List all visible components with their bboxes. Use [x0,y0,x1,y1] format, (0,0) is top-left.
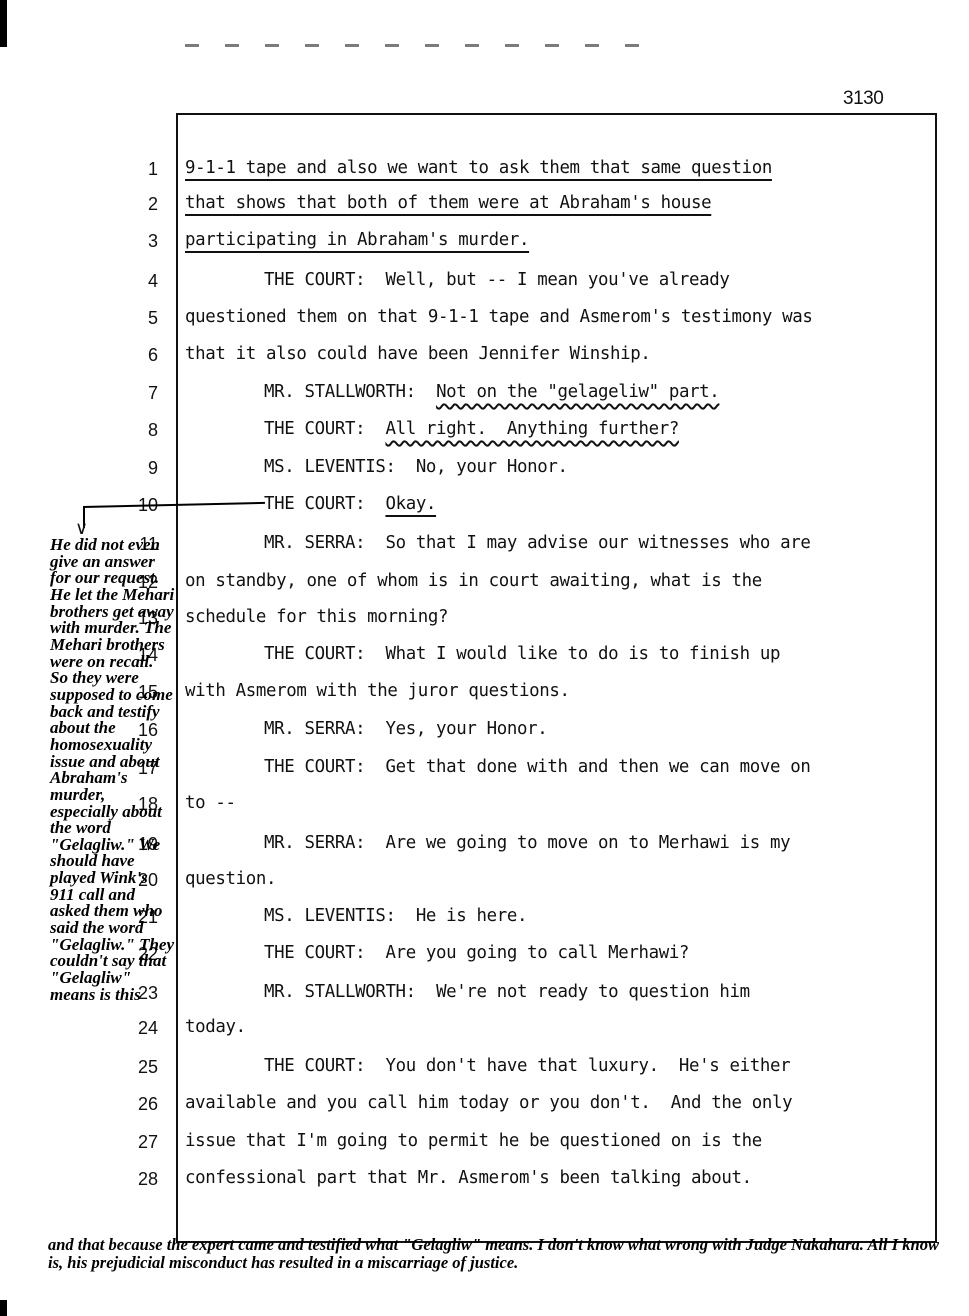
transcript-line: participating in Abraham's murder. [185,230,529,250]
transcript-line: questioned them on that 9-1-1 tape and A… [185,307,812,327]
handwritten-footer-note: and that because the expert came and tes… [48,1236,948,1272]
transcript-line: MR. SERRA: So that I may advise our witn… [264,533,811,553]
line-text: Yes, your Honor. [385,719,547,739]
transcript-line: THE COURT: All right. Anything further? [264,419,679,439]
transcript-line: THE COURT: You don't have that luxury. H… [264,1056,790,1076]
line-text: So that I may advise our witnesses who a… [385,533,810,553]
transcript-line: issue that I'm going to permit he be que… [185,1131,762,1151]
line-text: today. [185,1017,246,1037]
line-text: question. [185,869,276,889]
header-artifact [185,44,655,47]
speaker-label: MS. LEVENTIS: [264,906,396,926]
transcript-line: that it also could have been Jennifer Wi… [185,344,651,364]
line-number: 25 [120,1057,158,1078]
page-number: 3130 [843,88,883,110]
transcript-line: 9-1-1 tape and also we want to ask them … [185,158,772,178]
line-text: on standby, one of whom is in court awai… [185,571,762,591]
line-number: 2 [120,194,158,215]
speaker-label: MR. SERRA: [264,533,365,553]
transcript-line: today. [185,1017,246,1037]
speaker-label: MR. SERRA: [264,719,365,739]
line-text: participating in Abraham's murder. [185,230,529,250]
transcript-line: question. [185,869,276,889]
line-text: Are you going to call Merhawi? [385,943,689,963]
line-text: that it also could have been Jennifer Wi… [185,344,651,364]
line-text: Get that done with and then we can move … [385,757,810,777]
line-number: 5 [120,308,158,329]
speaker-label: THE COURT: [264,419,365,439]
transcript-line: THE COURT: Are you going to call Merhawi… [264,943,689,963]
transcript-line: MR. STALLWORTH: We're not ready to quest… [264,982,750,1002]
line-text: with Asmerom with the juror questions. [185,681,570,701]
transcript-line: THE COURT: Get that done with and then w… [264,757,811,777]
line-number: 6 [120,345,158,366]
line-number: 27 [120,1132,158,1153]
scan-edge-mark [0,1300,7,1316]
transcript-line: on standby, one of whom is in court awai… [185,571,762,591]
transcript-line: MS. LEVENTIS: No, your Honor. [264,457,568,477]
transcript-line: that shows that both of them were at Abr… [185,193,711,213]
line-text: You don't have that luxury. He's either [385,1056,790,1076]
line-text: No, your Honor. [416,457,568,477]
line-text: He is here. [416,906,527,926]
transcript-line: MR. SERRA: Are we going to move on to Me… [264,833,790,853]
speaker-label: THE COURT: [264,1056,365,1076]
line-number: 7 [120,383,158,404]
transcript-line: available and you call him today or you … [185,1093,792,1113]
speaker-label: MS. LEVENTIS: [264,457,396,477]
transcript-line: THE COURT: Well, but -- I mean you've al… [264,270,730,290]
line-number: 4 [120,271,158,292]
speaker-label: THE COURT: [264,943,365,963]
line-text: What I would like to do is to finish up [385,644,780,664]
line-text: Okay. [385,494,436,514]
line-text: All right. Anything further? [385,419,678,439]
line-number: 9 [120,458,158,479]
line-text: to -- [185,793,236,813]
line-text: confessional part that Mr. Asmerom's bee… [185,1168,752,1188]
speaker-label: MR. SERRA: [264,833,365,853]
transcript-line: with Asmerom with the juror questions. [185,681,570,701]
scan-edge-mark [0,0,7,47]
transcript-line: confessional part that Mr. Asmerom's bee… [185,1168,752,1188]
line-text: Well, but -- I mean you've already [385,270,729,290]
speaker-label: MR. STALLWORTH: [264,982,416,1002]
line-text: Are we going to move on to Merhawi is my [385,833,790,853]
speaker-label: THE COURT: [264,270,365,290]
line-text: 9-1-1 tape and also we want to ask them … [185,158,772,178]
line-text: questioned them on that 9-1-1 tape and A… [185,307,812,327]
transcript-line: MR. STALLWORTH: Not on the "gelageliw" p… [264,382,719,402]
line-number: 28 [120,1169,158,1190]
transcript-line: THE COURT: What I would like to do is to… [264,644,780,664]
handwritten-margin-note: He did not even give an answer for our r… [50,537,175,1003]
transcript-line: to -- [185,793,236,813]
line-text: Not on the "gelageliw" part. [436,382,719,402]
speaker-label: THE COURT: [264,757,365,777]
line-text: available and you call him today or you … [185,1093,792,1113]
line-text: We're not ready to question him [436,982,750,1002]
line-number: 1 [120,159,158,180]
transcript-line: MS. LEVENTIS: He is here. [264,906,527,926]
speaker-label: THE COURT: [264,494,365,514]
transcript-line: THE COURT: Okay. [264,494,436,514]
speaker-label: MR. STALLWORTH: [264,382,416,402]
line-number: 26 [120,1094,158,1115]
line-text: schedule for this morning? [185,607,448,627]
line-number: 8 [120,420,158,441]
transcript-line: MR. SERRA: Yes, your Honor. [264,719,547,739]
line-text: that shows that both of them were at Abr… [185,193,711,213]
speaker-label: THE COURT: [264,644,365,664]
transcript-line: schedule for this morning? [185,607,448,627]
line-text: issue that I'm going to permit he be que… [185,1131,762,1151]
line-number: 24 [120,1018,158,1039]
line-number: 3 [120,231,158,252]
